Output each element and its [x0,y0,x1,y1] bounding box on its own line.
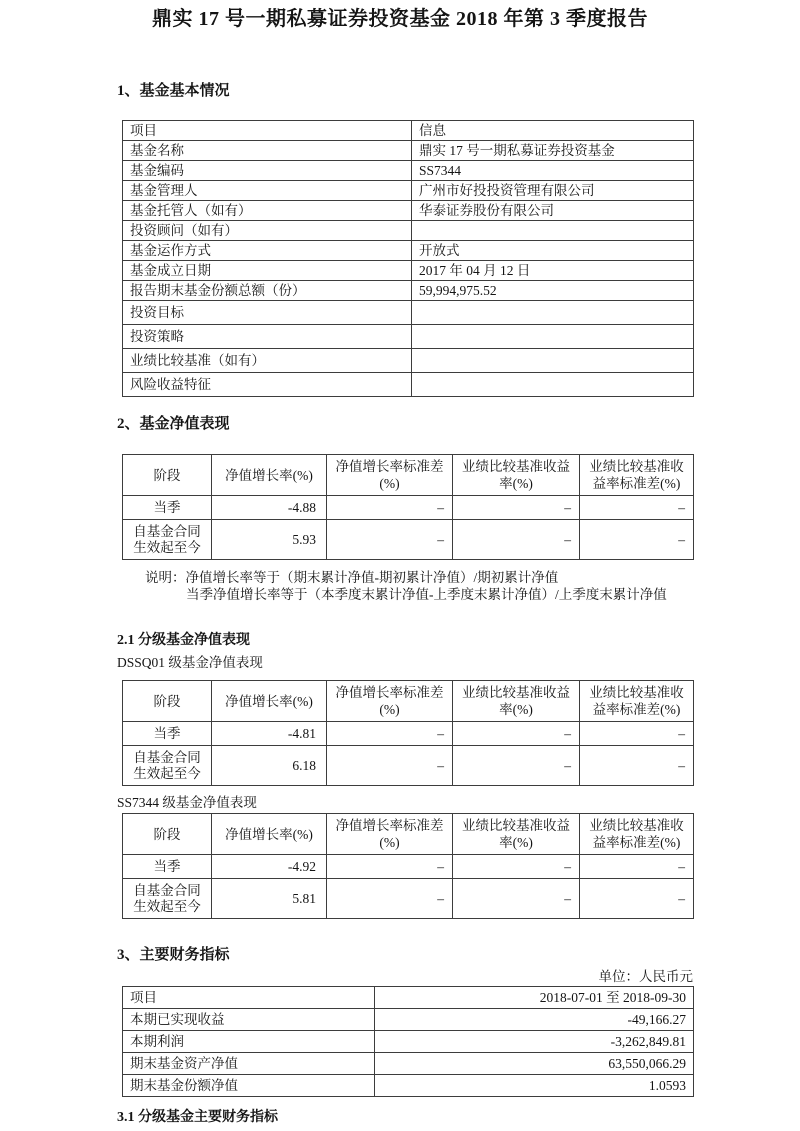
row-label: 本期已实现收益 [123,1009,375,1031]
row-value [412,373,694,397]
row-label: 基金名称 [123,141,412,161]
growth-std-cell: – [327,496,453,520]
row-value: SS7344 [412,161,694,181]
benchmark-std-cell: – [580,746,694,786]
currency-unit-label: 单位：人民币元 [0,969,693,985]
section-3-1-heading: 3.1 分级基金主要财务指标 [117,1109,800,1126]
col-header-growth: 净值增长率(%) [212,455,327,496]
table-row: 报告期末基金份额总额（份） 59,994,975.52 [123,281,694,301]
col-header-growth-std: 净值增长率标准差(%) [327,455,453,496]
row-value: 广州市好投投资管理有限公司 [412,181,694,201]
table-row: 自基金合同生效起至今 5.93 – – – [123,520,694,560]
col-header-benchmark: 业绩比较基准收益率(%) [453,681,580,722]
growth-cell: 5.93 [212,520,327,560]
row-label: 风险收益特征 [123,373,412,397]
period-cell: 当季 [123,855,212,879]
note-label: 说明： [145,570,186,585]
row-value: 华泰证券股份有限公司 [412,201,694,221]
row-value [412,349,694,373]
growth-std-cell: – [327,520,453,560]
ss7344-table-label: SS7344 级基金净值表现 [117,795,800,811]
period-cell: 自基金合同生效起至今 [123,746,212,786]
col-header-growth-std: 净值增长率标准差(%) [327,814,453,855]
header-row: 项目 2018-07-01 至 2018-09-30 [123,987,694,1009]
row-value [412,325,694,349]
note-line-1: 说明：净值增长率等于（期末累计净值-期初累计净值）/期初累计净值 [145,569,800,586]
row-value: 1.0593 [375,1075,694,1097]
growth-cell: -4.92 [212,855,327,879]
table-row: 基金名称 鼎实 17 号一期私募证券投资基金 [123,141,694,161]
table-row: 本期已实现收益 -49,166.27 [123,1009,694,1031]
table-row: 业绩比较基准（如有） [123,349,694,373]
period-cell: 自基金合同生效起至今 [123,879,212,919]
benchmark-std-cell: – [580,879,694,919]
benchmark-cell: – [453,496,580,520]
section-2-1-heading: 2.1 分级基金净值表现 [117,632,800,649]
dssq01-table-label: DSSQ01 级基金净值表现 [117,655,800,671]
col-header-period: 阶段 [123,681,212,722]
growth-cell: -4.88 [212,496,327,520]
period-cell: 自基金合同生效起至今 [123,520,212,560]
row-value: 开放式 [412,241,694,261]
benchmark-cell: – [453,746,580,786]
table-row: 本期利润 -3,262,849.81 [123,1031,694,1053]
table-row: 风险收益特征 [123,373,694,397]
period-cell: 当季 [123,722,212,746]
table-row: 项目 信息 [123,121,694,141]
note-line-2: 当季净值增长率等于（本季度末累计净值-上季度末累计净值）/上季度末累计净值 [186,586,800,603]
nav-growth-notes: 说明：净值增长率等于（期末累计净值-期初累计净值）/期初累计净值 当季净值增长率… [145,569,800,603]
row-value: 2017 年 04 月 12 日 [412,261,694,281]
note-text: 净值增长率等于（期末累计净值-期初累计净值）/期初累计净值 [186,570,559,585]
benchmark-cell: – [453,520,580,560]
row-label: 投资目标 [123,301,412,325]
period-range: 2018-07-01 至 2018-09-30 [375,987,694,1009]
report-title: 鼎实 17 号一期私募证券投资基金 2018 年第 3 季度报告 [0,6,800,32]
header-row: 阶段 净值增长率(%) 净值增长率标准差(%) 业绩比较基准收益率(%) 业绩比… [123,455,694,496]
col-header-benchmark: 业绩比较基准收益率(%) [453,814,580,855]
col-header-growth: 净值增长率(%) [212,814,327,855]
benchmark-std-cell: – [580,496,694,520]
fund-basic-info-table: 项目 信息 基金名称 鼎实 17 号一期私募证券投资基金 基金编码 SS7344… [122,120,694,397]
row-label: 期末基金资产净值 [123,1053,375,1075]
table-row: 期末基金份额净值 1.0593 [123,1075,694,1097]
col-header-benchmark-std: 业绩比较基准收益率标准差(%) [580,681,694,722]
row-label: 业绩比较基准（如有） [123,349,412,373]
growth-cell: 6.18 [212,746,327,786]
row-value: 63,550,066.29 [375,1053,694,1075]
benchmark-cell: – [453,722,580,746]
col-header-growth: 净值增长率(%) [212,681,327,722]
growth-std-cell: – [327,722,453,746]
benchmark-std-cell: – [580,855,694,879]
header-row: 阶段 净值增长率(%) 净值增长率标准差(%) 业绩比较基准收益率(%) 业绩比… [123,681,694,722]
table-row: 投资顾问（如有） [123,221,694,241]
row-label: 项目 [123,987,375,1009]
col-header-period: 阶段 [123,814,212,855]
row-label: 基金管理人 [123,181,412,201]
row-value: -3,262,849.81 [375,1031,694,1053]
row-label: 基金运作方式 [123,241,412,261]
period-cell: 当季 [123,496,212,520]
col-header-period: 阶段 [123,455,212,496]
benchmark-cell: – [453,855,580,879]
col-header-growth-std: 净值增长率标准差(%) [327,681,453,722]
section-1-heading: 1、基金基本情况 [117,82,800,100]
row-label: 本期利润 [123,1031,375,1053]
table-row: 当季 -4.92 – – – [123,855,694,879]
table-row: 基金编码 SS7344 [123,161,694,181]
ss7344-nav-performance-table: 阶段 净值增长率(%) 净值增长率标准差(%) 业绩比较基准收益率(%) 业绩比… [122,813,694,919]
growth-std-cell: – [327,855,453,879]
table-row: 基金成立日期 2017 年 04 月 12 日 [123,261,694,281]
row-value [412,221,694,241]
table-row: 自基金合同生效起至今 6.18 – – – [123,746,694,786]
benchmark-cell: – [453,879,580,919]
benchmark-std-cell: – [580,722,694,746]
section-3-heading: 3、主要财务指标 [117,946,800,964]
col-header-benchmark-std: 业绩比较基准收益率标准差(%) [580,814,694,855]
col-header-benchmark-std: 业绩比较基准收益率标准差(%) [580,455,694,496]
table-row: 投资目标 [123,301,694,325]
table-row: 基金管理人 广州市好投投资管理有限公司 [123,181,694,201]
row-label: 投资策略 [123,325,412,349]
row-label: 期末基金份额净值 [123,1075,375,1097]
row-label: 基金成立日期 [123,261,412,281]
table-row: 期末基金资产净值 63,550,066.29 [123,1053,694,1075]
table-row: 当季 -4.81 – – – [123,722,694,746]
row-label: 基金编码 [123,161,412,181]
table-row: 投资策略 [123,325,694,349]
row-label: 基金托管人（如有） [123,201,412,221]
row-value: -49,166.27 [375,1009,694,1031]
col-header-benchmark: 业绩比较基准收益率(%) [453,455,580,496]
report-page: 鼎实 17 号一期私募证券投资基金 2018 年第 3 季度报告 1、基金基本情… [0,0,800,1131]
table-row: 当季 -4.88 – – – [123,496,694,520]
fund-nav-performance-table: 阶段 净值增长率(%) 净值增长率标准差(%) 业绩比较基准收益率(%) 业绩比… [122,454,694,560]
row-value: 59,994,975.52 [412,281,694,301]
growth-std-cell: – [327,746,453,786]
dssq01-nav-performance-table: 阶段 净值增长率(%) 净值增长率标准差(%) 业绩比较基准收益率(%) 业绩比… [122,680,694,786]
row-label: 项目 [123,121,412,141]
table-row: 自基金合同生效起至今 5.81 – – – [123,879,694,919]
row-value [412,301,694,325]
header-row: 阶段 净值增长率(%) 净值增长率标准差(%) 业绩比较基准收益率(%) 业绩比… [123,814,694,855]
benchmark-std-cell: – [580,520,694,560]
row-value: 信息 [412,121,694,141]
financial-indicators-table: 项目 2018-07-01 至 2018-09-30 本期已实现收益 -49,1… [122,986,694,1097]
section-2-heading: 2、基金净值表现 [117,415,800,433]
row-label: 投资顾问（如有） [123,221,412,241]
row-value: 鼎实 17 号一期私募证券投资基金 [412,141,694,161]
growth-std-cell: – [327,879,453,919]
growth-cell: 5.81 [212,879,327,919]
row-label: 报告期末基金份额总额（份） [123,281,412,301]
growth-cell: -4.81 [212,722,327,746]
table-row: 基金托管人（如有） 华泰证券股份有限公司 [123,201,694,221]
table-row: 基金运作方式 开放式 [123,241,694,261]
